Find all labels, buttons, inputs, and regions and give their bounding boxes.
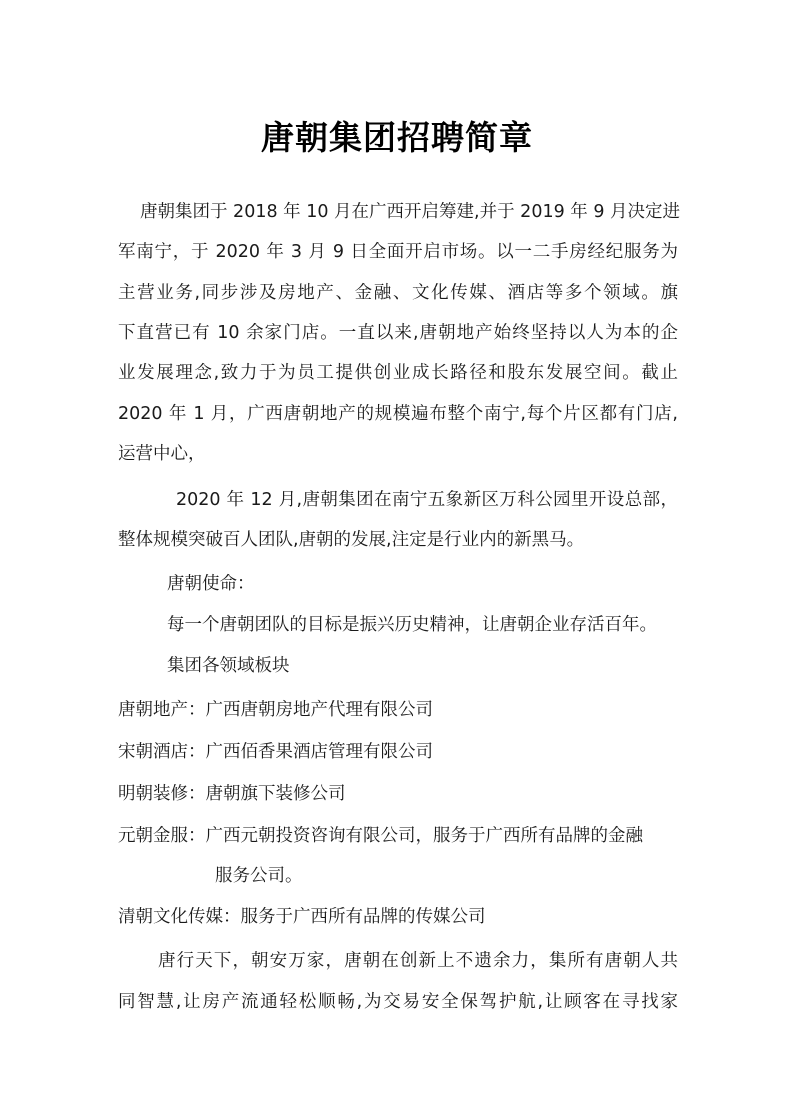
sector-item-hotel: 宋朝酒店：广西佰香果酒店管理有限公司	[118, 740, 433, 764]
sector-label: 唐朝地产：	[118, 700, 206, 720]
hq-line: 2020 年 12 月,唐朝集团在南宁五象新区万科公园里开设总部，	[118, 488, 678, 512]
sector-text: 广西佰香果酒店管理有限公司	[206, 742, 434, 762]
intro-line: 唐朝集团于 2018 年 10 月在广西开启筹建,并于 2019 年 9 月决定…	[118, 200, 678, 224]
sector-item-media: 清朝文化传媒：服务于广西所有品牌的传媒公司	[118, 905, 486, 929]
sector-text: 唐朝旗下装修公司	[206, 784, 346, 804]
sector-label: 清朝文化传媒：	[118, 907, 241, 927]
closing-line: 唐行天下，朝安万家，唐朝在创新上不遗余力，集所有唐朝人共	[118, 949, 678, 973]
intro-line: 2020 年 1 月，广西唐朝地产的规模遍布整个南宁,每个片区都有门店,	[118, 402, 678, 426]
sector-item-decoration: 明朝装修：唐朝旗下装修公司	[118, 782, 346, 806]
sectors-heading: 集团各领域板块	[167, 654, 290, 678]
intro-line: 业发展理念,致力于为员工提供创业成长路径和股东发展空间。截止	[118, 361, 678, 385]
sector-text: 广西唐朝房地产代理有限公司	[206, 700, 434, 720]
sector-label: 宋朝酒店：	[118, 742, 206, 762]
sector-label: 明朝装修：	[118, 784, 206, 804]
sector-text: 服务于广西所有品牌的传媒公司	[241, 907, 486, 927]
intro-line: 主营业务,同步涉及房地产、金融、文化传媒、酒店等多个领域。旗	[118, 281, 678, 305]
mission-heading: 唐朝使命：	[167, 572, 255, 596]
sector-item-real-estate: 唐朝地产：广西唐朝房地产代理有限公司	[118, 698, 433, 722]
intro-line: 运营中心，	[118, 442, 206, 466]
closing-line: 同智慧,让房产流通轻松顺畅,为交易安全保驾护航,让顾客在寻找家	[118, 990, 678, 1014]
sector-text: 广西元朝投资咨询有限公司，服务于广西所有品牌的金融	[206, 826, 644, 846]
intro-line: 军南宁，于 2020 年 3 月 9 日全面开启市场。以一二手房经纪服务为	[118, 240, 678, 264]
page-title: 唐朝集团招聘简章	[0, 112, 794, 159]
intro-line: 下直营已有 10 余家门店。一直以来,唐朝地产始终坚持以人为本的企	[118, 321, 678, 345]
mission-text: 每一个唐朝团队的目标是振兴历史精神，让唐朝企业存活百年。	[167, 613, 657, 637]
sector-item-finance: 元朝金服：广西元朝投资咨询有限公司，服务于广西所有品牌的金融	[118, 824, 643, 848]
hq-line: 整体规模突破百人团队,唐朝的发展,注定是行业内的新黑马。	[118, 528, 584, 552]
sector-item-finance-continuation: 服务公司。	[215, 864, 303, 888]
sector-label: 元朝金服：	[118, 826, 206, 846]
